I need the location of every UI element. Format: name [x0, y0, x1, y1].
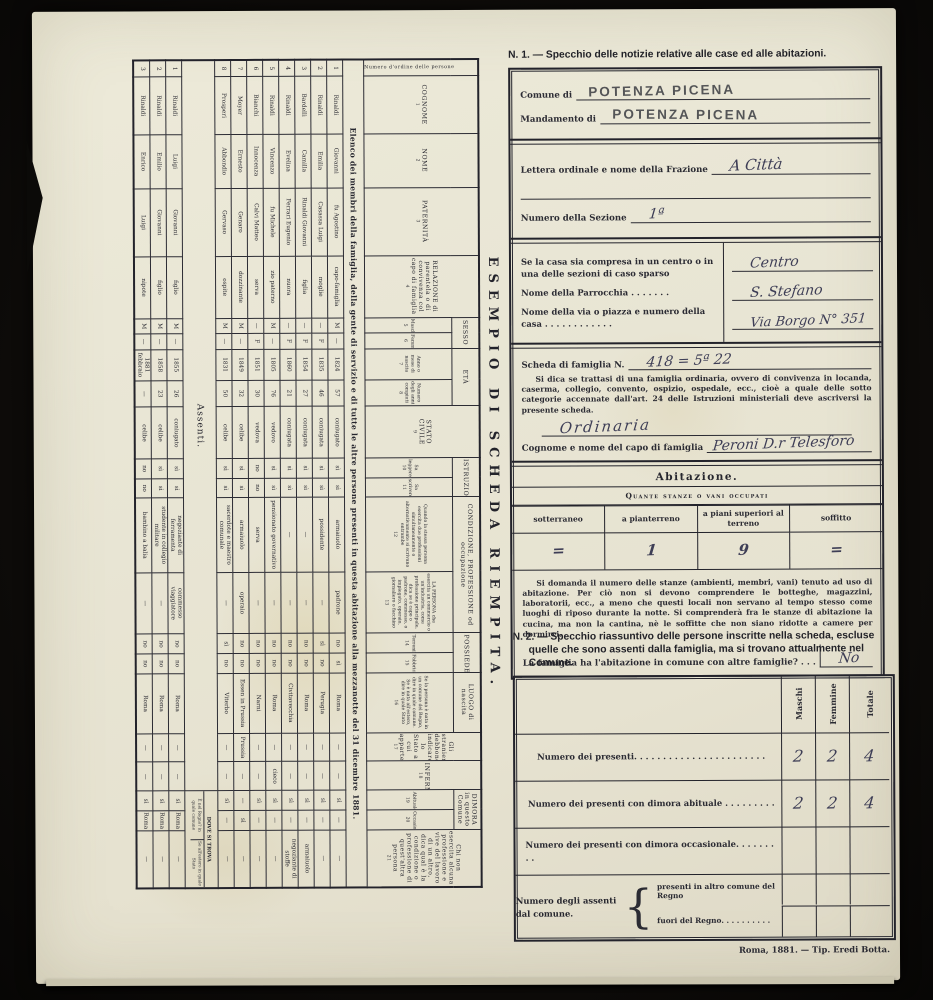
- column-header: Gli stranieri debbono indicare lo Stato …: [367, 732, 482, 761]
- table-cell: —: [282, 733, 298, 762]
- table-cell: —: [169, 733, 185, 762]
- table-cell: no: [329, 633, 345, 653]
- n2-col-header: Maschi: [781, 676, 815, 732]
- table-cell: sì: [264, 478, 280, 498]
- table-cell: —: [330, 830, 346, 888]
- paper-bottom-edge: [46, 977, 894, 986]
- table-cell: no: [168, 634, 184, 654]
- n2-row-label: Numero dei presenti con dimora abituale …: [515, 779, 781, 827]
- table-cell: —: [330, 733, 346, 762]
- table-cell: M: [167, 318, 183, 334]
- table-cell: Abbondio: [215, 134, 231, 188]
- table-cell: Roma: [169, 811, 185, 831]
- table-cell: sì: [234, 810, 250, 830]
- table-cell: M: [216, 318, 232, 334]
- table-cell: dozzinante: [231, 256, 247, 318]
- paper-sheet: ESEMPIO DI SCHEDA RIEMPITA. Numero d'ord…: [32, 8, 900, 984]
- table-cell: 5: [263, 60, 279, 77]
- n2-value: 2: [815, 779, 849, 826]
- table-cell: Perugia: [313, 673, 329, 733]
- table-cell: negoziante di stoffe: [282, 830, 298, 888]
- table-cell: no: [281, 653, 297, 673]
- table-cell: —: [312, 318, 328, 334]
- table-cell: F: [312, 333, 328, 349]
- table-cell: commesso viaggiatore: [168, 572, 184, 634]
- table-cell: sì: [313, 634, 329, 654]
- table-cell: sì: [218, 791, 234, 811]
- table-cell: 1854: [296, 349, 312, 380]
- table-cell: zio paterno: [263, 256, 279, 318]
- table-cell: Rinaldi: [150, 77, 166, 135]
- table-cell: sì: [330, 790, 346, 810]
- table-cell: Rinaldi: [133, 77, 150, 135]
- table-cell: 8: [215, 60, 231, 77]
- column-header: Fabbricati?15: [366, 653, 453, 673]
- table-cell: Rinaldi: [327, 76, 343, 134]
- table-cell: F: [280, 333, 296, 349]
- table-cell: Roma: [152, 673, 168, 733]
- table-cell: nipote: [134, 256, 151, 318]
- table-cell: Rinaldi: [166, 77, 182, 135]
- parrocchia-label: Nome della Parrocchia . . . . . . .: [521, 286, 717, 299]
- n2-value: 4: [849, 732, 889, 779]
- mandamento-stamp: POTENZA PICENA: [612, 106, 759, 122]
- stanze-table: sotterraneoa pianterrenoa piani superior…: [512, 504, 882, 569]
- table-cell: figlio: [166, 256, 182, 318]
- table-cell: —: [296, 318, 312, 334]
- table-cell: no: [249, 653, 265, 673]
- stanze-value: =: [512, 533, 605, 570]
- table-cell: Rinaldi: [263, 76, 279, 134]
- stanze-col-header: a pianterreno: [605, 505, 698, 532]
- scheda-value: 418 = 5ª 22: [646, 351, 733, 370]
- table-cell: —: [234, 762, 250, 791]
- table-cell: —: [313, 572, 329, 634]
- n2-row-label: Numero dei presenti. . . . . . . . . . .…: [515, 732, 781, 780]
- table-cell: armaiuolo: [233, 498, 249, 572]
- frazione-label: Lettera ordinale e nome della Frazione: [521, 165, 708, 176]
- table-cell: no: [136, 634, 153, 654]
- table-cell: armaiuolo: [298, 830, 314, 888]
- table-cell: Gervaso: [215, 188, 231, 256]
- table-cell: 76: [264, 380, 280, 407]
- column-group-header: DIMORA in questo Comune: [454, 790, 482, 829]
- table-cell: Narni: [249, 673, 265, 733]
- table-cell: no: [217, 654, 233, 674]
- parrocchia-value: S. Stefano: [749, 282, 823, 301]
- table-cell: —: [153, 733, 169, 762]
- n2-value: 2: [815, 732, 849, 779]
- table-cell: 23: [151, 380, 167, 407]
- table-cell: —: [298, 762, 314, 791]
- table-cell: ospite: [215, 256, 231, 318]
- table-cell: Giovanni: [166, 188, 182, 256]
- table-cell: —: [152, 572, 168, 634]
- column-group-header: SESSO: [452, 317, 480, 348]
- via-value: Via Borgo N° 351: [750, 311, 867, 331]
- table-cell: 3: [133, 60, 150, 77]
- capo-label: Cognome e nome del capo di famiglia: [522, 443, 703, 454]
- table-cell: Roma: [297, 673, 313, 733]
- table-cell: —: [153, 762, 169, 791]
- table-cell: sì: [167, 459, 183, 479]
- table-cell: coniugata: [312, 406, 328, 458]
- table-cell: 1849: [232, 349, 248, 380]
- table-cell: sì: [250, 791, 266, 811]
- table-cell: 3: [295, 60, 311, 77]
- table-cell: no: [233, 654, 249, 674]
- scheda-label: Scheda di famiglia N.: [521, 360, 624, 370]
- table-cell: 1858: [151, 349, 167, 380]
- table-cell: no: [136, 654, 153, 674]
- table-cell: 1805: [264, 349, 280, 380]
- table-cell: no: [168, 654, 184, 674]
- table-cell: —: [282, 810, 298, 830]
- n2-corner: [515, 676, 781, 733]
- n2-value: [849, 826, 889, 873]
- table-cell: —: [218, 762, 234, 791]
- table-cell: —: [135, 572, 152, 634]
- table-cell: 1855: [167, 349, 183, 380]
- table-cell: —: [266, 810, 282, 830]
- column-header: Femmina6: [365, 333, 452, 349]
- table-cell: —: [281, 572, 297, 634]
- table-cell: sì: [216, 458, 232, 478]
- dove-si-trova-header: DOVE SI TROVAÈ nel Regno? in quale comun…: [185, 791, 218, 888]
- column-group-header: LUOGO di nascita: [453, 672, 481, 732]
- table-cell: sì: [328, 478, 344, 498]
- table-cell: —: [314, 733, 330, 762]
- table-cell: —: [282, 762, 298, 791]
- table-cell: M: [328, 318, 344, 334]
- esempio-table: Numero d'ordine delle personeCOGNOME1NOM…: [132, 58, 483, 890]
- table-cell: Roma: [153, 811, 169, 831]
- table-cell: —: [266, 733, 282, 762]
- table-cell: 2: [311, 60, 327, 77]
- table-cell: sacerdote e maestro comunale: [217, 498, 233, 572]
- table-cell: Bianchi: [247, 76, 263, 134]
- table-cell: coniugata: [280, 407, 296, 459]
- table-cell: sì: [232, 478, 248, 498]
- column-header: Anno o mese di nascita7: [365, 348, 452, 379]
- table-cell: no: [265, 634, 281, 654]
- table-cell: Bardelli: [295, 76, 311, 134]
- table-cell: Calvi Matteo: [247, 188, 263, 256]
- table-cell: Civitavecchia: [281, 673, 297, 733]
- table-cell: —: [281, 497, 297, 571]
- table-cell: vedovo: [264, 407, 280, 459]
- n2-value: 4: [849, 779, 889, 826]
- print-footer: Roma, 1881. — Tip. Eredi Botta.: [514, 944, 896, 956]
- n2-table: MaschiFemmineTotaleNumero dei presenti. …: [513, 674, 896, 942]
- table-cell: F: [248, 333, 264, 349]
- table-cell: Genaro: [231, 188, 247, 256]
- table-cell: 32: [232, 380, 248, 407]
- table-cell: Luigi: [134, 188, 151, 256]
- table-cell: Roma: [136, 811, 153, 831]
- table-cell: —: [218, 810, 234, 830]
- table-cell: 7: [231, 60, 247, 77]
- table-cell: —: [298, 733, 314, 762]
- table-cell: armaiuolo: [329, 497, 345, 571]
- table-cell: sì: [151, 478, 167, 498]
- n2-value: [850, 905, 890, 936]
- table-cell: Roma: [168, 673, 184, 733]
- table-cell: M: [151, 318, 167, 334]
- table-cell: —: [136, 733, 153, 762]
- table-cell: —: [250, 810, 266, 830]
- table-cell: sì: [169, 791, 185, 811]
- table-cell: Roma: [265, 673, 281, 733]
- table-cell: 21: [280, 380, 296, 407]
- column-header: LA PERSONA che esercita un commercio o u…: [366, 571, 453, 633]
- table-cell: Rinaldi: [279, 76, 295, 134]
- table-cell: studente in collegio militare: [152, 498, 168, 572]
- table-cell: —: [265, 572, 281, 634]
- column-group-header: POSSIEDE: [453, 633, 481, 672]
- table-cell: —: [330, 810, 346, 830]
- table-cell: —: [249, 572, 265, 634]
- column-header: Terreni?14: [366, 633, 453, 653]
- table-cell: padrone: [329, 572, 345, 634]
- paper-tear-shadow: [26, 140, 43, 276]
- table-cell: Rinaldi Giovanni: [295, 188, 311, 256]
- table-cell: sì: [167, 478, 183, 498]
- table-cell: sì: [328, 458, 344, 478]
- table-cell: no: [248, 458, 264, 478]
- table-cell: sì: [266, 791, 282, 811]
- column-group-header: ETÀ: [452, 348, 480, 406]
- n2-row-label: Numero dei presenti con dimora occasiona…: [515, 826, 781, 874]
- table-cell: 57: [328, 380, 344, 407]
- table-cell: figlio: [150, 256, 166, 318]
- table-cell: 4: [279, 60, 295, 77]
- n2-heading: N. 2. — Specchio riassuntivo delle perso…: [513, 630, 895, 670]
- table-cell: —: [314, 762, 330, 791]
- column-group-header: CONDIZIONE, PROFESSIONE od occupazione: [453, 497, 481, 633]
- table-cell: no: [248, 478, 264, 498]
- column-header: STATO CIVILE9: [365, 406, 480, 458]
- column-header: Se la persona è nata in un comune del Re…: [366, 672, 453, 732]
- column-header: Numero degli anni compiuti8: [365, 379, 452, 406]
- table-cell: 50: [216, 380, 232, 407]
- column-header: Sa leggere?10: [365, 458, 452, 478]
- table-cell: Moyer: [231, 76, 247, 134]
- table-cell: no: [152, 654, 168, 674]
- table-cell: M: [134, 318, 151, 334]
- table-cell: nuora: [279, 256, 295, 318]
- stanze-value: =: [790, 531, 883, 568]
- column-header: Maschio5: [365, 317, 452, 333]
- table-cell: 1824: [328, 349, 344, 380]
- table-cell: Prosperi: [215, 77, 231, 135]
- table-cell: 2: [150, 60, 166, 77]
- column-header: Numero d'ordine delle persone: [364, 59, 479, 76]
- table-cell: —: [167, 334, 183, 350]
- table-cell: —: [234, 791, 250, 811]
- table-cell: 1831: [216, 349, 232, 380]
- table-cell: Luigi: [166, 135, 182, 189]
- table-cell: —: [314, 830, 330, 888]
- via-label: Nome della via o piazza e numero della c…: [521, 305, 717, 331]
- table-cell: Innocenza: [247, 134, 263, 188]
- table-cell: no: [152, 634, 168, 654]
- table-cell: coniugato: [328, 406, 344, 458]
- table-cell: no: [313, 653, 329, 673]
- stanze-value: 9: [697, 532, 790, 569]
- table-cell: pensionato governativo: [265, 497, 281, 571]
- n2-value: [782, 873, 816, 904]
- table-cell: possidente: [313, 497, 329, 571]
- table-cell: negoziante di ferramenta: [168, 498, 184, 572]
- table-cell: Emilio: [150, 135, 166, 189]
- table-cell: celibe: [135, 407, 152, 459]
- table-cell: sì: [282, 791, 298, 811]
- table-cell: 1860: [280, 349, 296, 380]
- table-cell: 46: [312, 380, 328, 407]
- esempio-rotated-block: ESEMPIO DI SCHEDA RIEMPITA. Numero d'ord…: [110, 58, 506, 892]
- column-header: COGNOME1: [364, 75, 479, 133]
- table-cell: sì: [264, 458, 280, 478]
- column-group-header: ISTRUZIONE: [452, 457, 480, 496]
- table-cell: —: [280, 318, 296, 334]
- frazione-field: Lettera ordinale e nome della Frazione A…: [521, 159, 871, 176]
- table-cell: Casassa Luigi: [311, 188, 327, 256]
- table-cell: bambino a balia: [135, 498, 152, 572]
- column-header: RELAZIONE di parentela o di convivenza c…: [364, 255, 479, 317]
- table-cell: Emilia: [311, 134, 327, 188]
- blank-rule: [521, 181, 871, 200]
- capo-value: Peroni D.r Telesforo: [712, 433, 855, 455]
- centro-label: Se la casa sia compresa in un centro o i…: [521, 255, 717, 281]
- table-cell: 1: [166, 60, 182, 77]
- column-header: INFERMITÀ18: [367, 761, 482, 790]
- table-cell: celibe: [151, 407, 167, 459]
- table-cell: sì: [329, 653, 345, 673]
- table-cell: serva: [247, 256, 263, 318]
- table-cell: M: [232, 318, 248, 334]
- column-header: Quando la stessa persona esercita due pr…: [366, 497, 453, 572]
- stanze-col-header: sotterraneo: [512, 506, 605, 533]
- table-cell: 27: [296, 380, 312, 407]
- table-cell: 6: [247, 60, 263, 77]
- n2-value: [816, 873, 850, 904]
- table-cell: capo-famiglia: [327, 256, 343, 318]
- column-header: Abituale19: [367, 790, 454, 810]
- stanze-col-header: a piani superiori al terreno: [697, 505, 790, 532]
- table-cell: Giovanni: [327, 134, 343, 188]
- table-cell: 1835: [312, 349, 328, 380]
- table-cell: sì: [216, 478, 232, 498]
- assenti-heading: Assenti.: [182, 60, 218, 791]
- mandamento-label: Mandamento di: [520, 114, 596, 124]
- table-cell: —: [298, 810, 314, 830]
- mandamento-field: Mandamento di POTENZA PICENA: [520, 108, 870, 125]
- table-cell: sì: [280, 478, 296, 498]
- table-cell: serva: [249, 498, 265, 572]
- n2-col-header: Femmine: [815, 676, 849, 732]
- table-cell: no: [233, 634, 249, 654]
- table-cell: —: [330, 761, 346, 790]
- sezione-value: 1ª: [648, 206, 665, 223]
- table-cell: 1881 febbraio: [134, 349, 151, 380]
- table-cell: —: [153, 830, 169, 888]
- table-cell: —: [328, 333, 344, 349]
- column-header: PATERNITÀ3: [364, 187, 479, 256]
- famiglia-paragraph: Si dica se trattasi di una famiglia ordi…: [521, 373, 871, 416]
- section-n1: N. 1. — Specchio delle notizie relative …: [508, 48, 885, 680]
- table-cell: —: [136, 762, 153, 791]
- table-cell: Roma: [136, 674, 153, 734]
- n2-value: 2: [781, 732, 815, 779]
- table-cell: fu Agostino: [327, 188, 343, 256]
- table-cell: —: [266, 830, 282, 888]
- elenco-title: Elenco dei membri della famiglia, della …: [343, 59, 368, 887]
- column-header: Sa scrivere?11: [365, 477, 452, 497]
- n2-value: [782, 906, 816, 937]
- table-cell: —: [218, 830, 234, 888]
- table-cell: —: [314, 810, 330, 830]
- centro-value: Centro: [749, 254, 799, 272]
- table-cell: celibe: [216, 407, 232, 459]
- n2-value: [815, 826, 849, 873]
- table-cell: Viterbo: [217, 673, 233, 733]
- table-cell: —: [218, 733, 234, 762]
- table-cell: sì: [296, 458, 312, 478]
- table-cell: no: [297, 634, 313, 654]
- famiglia-value: Ordinaria: [559, 415, 652, 437]
- table-cell: M: [264, 318, 280, 334]
- table-cell: 26: [167, 380, 183, 407]
- table-cell: sì: [312, 458, 328, 478]
- column-header: Chi non esercita alcuna professione e vi…: [367, 829, 482, 887]
- table-cell: Ernesto: [231, 134, 247, 188]
- table-cell: Vincenzo: [263, 134, 279, 188]
- column-header: Occasionale20: [367, 810, 454, 830]
- table-cell: Camilla: [295, 134, 311, 188]
- table-cell: Roma: [329, 673, 345, 733]
- table-cell: —: [217, 572, 233, 634]
- table-cell: vedova: [248, 407, 264, 459]
- table-cell: —: [232, 333, 248, 349]
- comune-label: Comune di: [520, 90, 572, 100]
- table-cell: celibe: [232, 407, 248, 459]
- table-cell: 1851: [248, 349, 264, 380]
- table-cell: Evelina: [279, 134, 295, 188]
- comune-stamp: POTENZA PICENA: [588, 82, 735, 100]
- table-cell: —: [216, 334, 232, 350]
- table-cell: —: [297, 497, 313, 571]
- table-cell: —: [169, 762, 185, 791]
- abitazione-title: Abitazione.: [512, 465, 882, 487]
- table-cell: figlia: [295, 256, 311, 318]
- table-cell: coniugata: [296, 407, 312, 459]
- table-cell: no: [249, 634, 265, 654]
- sezione-label: Numero della Sezione: [521, 213, 627, 223]
- table-cell: sì: [153, 791, 169, 811]
- comune-field: Comune di POTENZA PICENA: [520, 84, 870, 101]
- table-cell: no: [135, 459, 152, 479]
- table-cell: sì: [217, 634, 233, 654]
- stanze-col-header: soffitto: [790, 505, 883, 532]
- stanze-value: 1: [605, 532, 698, 569]
- sezione-field: Numero della Sezione 1ª: [521, 207, 871, 224]
- frazione-value: A Città: [729, 155, 784, 175]
- table-cell: —: [250, 830, 266, 888]
- scheda-field: Scheda di famiglia N. 418 = 5ª 22: [521, 354, 871, 371]
- table-cell: —: [297, 572, 313, 634]
- n1-heading: N. 1. — Specchio delle notizie relative …: [508, 48, 882, 62]
